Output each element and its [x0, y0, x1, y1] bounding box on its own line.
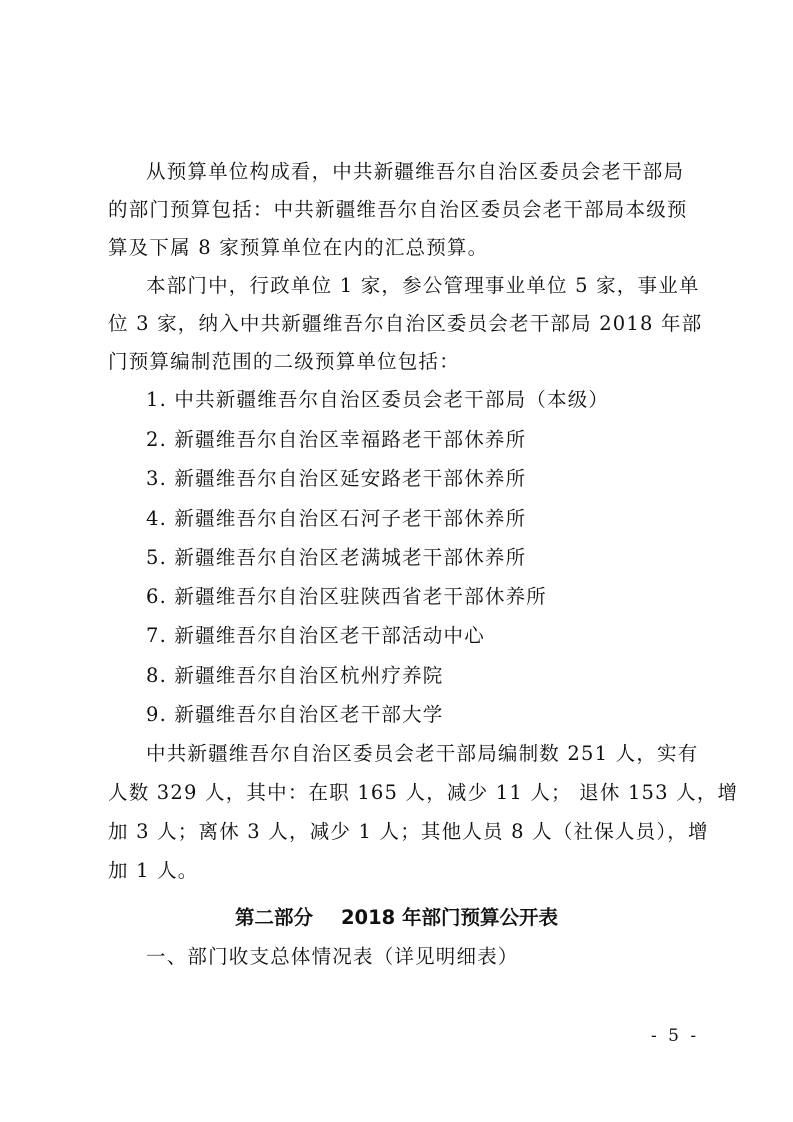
section-part: 第二部分: [235, 906, 313, 929]
unit-list-item: 8. 新疆维吾尔自治区杭州疗养院: [146, 664, 444, 688]
paragraph2-line2: 位 3 家，纳入中共新疆维吾尔自治区委员会老干部局 2018 年部: [108, 312, 708, 336]
unit-list-item: 5. 新疆维吾尔自治区老满城老干部休养所: [146, 546, 526, 570]
unit-list-item: 6. 新疆维吾尔自治区驻陕西省老干部休养所: [146, 585, 547, 609]
paragraph1-line3: 算及下属 8 家预算单位在内的汇总预算。: [108, 236, 708, 260]
subheading: 一、部门收支总体情况表（详见明细表）: [146, 945, 746, 969]
section-heading: 第二部分2018 年部门预算公开表: [0, 906, 793, 930]
paragraph3-line1: 中共新疆维吾尔自治区委员会老干部局编制数 251 人，实有: [146, 742, 746, 766]
paragraph2-line1: 本部门中，行政单位 1 家，参公管理事业单位 5 家，事业单: [146, 274, 746, 298]
unit-list-item: 3. 新疆维吾尔自治区延安路老干部休养所: [146, 467, 526, 491]
section-title: 2018 年部门预算公开表: [341, 906, 558, 929]
document-page: 从预算单位构成看，中共新疆维吾尔自治区委员会老干部局 的部门预算包括：中共新疆维…: [0, 0, 793, 1122]
paragraph3-line2: 人数 329 人，其中：在职 165 人，减少 11 人； 退休 153 人，增: [108, 781, 708, 805]
unit-list-item: 9. 新疆维吾尔自治区老干部大学: [146, 703, 444, 727]
paragraph1-line2: 的部门预算包括：中共新疆维吾尔自治区委员会老干部局本级预: [108, 198, 708, 222]
unit-list-item: 1. 中共新疆维吾尔自治区委员会老干部局（本级）: [146, 388, 609, 412]
unit-list-item: 2. 新疆维吾尔自治区幸福路老干部休养所: [146, 428, 526, 452]
paragraph3-line3: 加 3 人；离休 3 人，减少 1 人；其他人员 8 人（社保人员），增: [108, 820, 708, 844]
unit-list-item: 4. 新疆维吾尔自治区石河子老干部休养所: [146, 507, 526, 531]
paragraph3-line4: 加 1 人。: [108, 859, 708, 883]
unit-list-item: 7. 新疆维吾尔自治区老干部活动中心: [146, 624, 485, 648]
paragraph1-line1: 从预算单位构成看，中共新疆维吾尔自治区委员会老干部局: [146, 160, 708, 184]
page-number: - 5 -: [651, 1026, 699, 1046]
paragraph2-line3: 门预算编制范围的二级预算单位包括：: [108, 350, 708, 374]
